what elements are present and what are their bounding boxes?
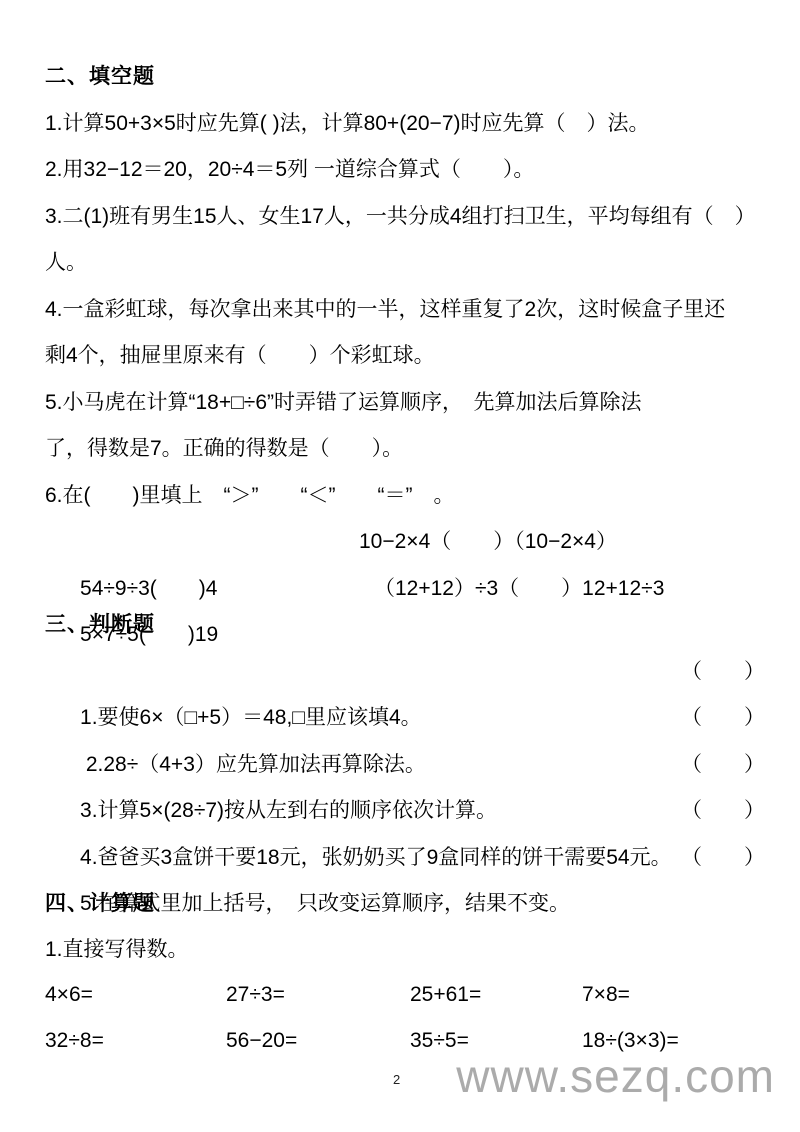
judge-question-5: 5.在算式里加上括号， 只改变运算顺序，结果不变。 （ ）: [45, 835, 790, 882]
calc-expression: 4×6=: [45, 972, 93, 1018]
fill-question-1: 1.计算50+3×5时应先算( )法，计算80+(20−7)时应先算（ ）法。: [45, 101, 790, 148]
compare-row: 54÷9÷3( )4 10−2×4（ ）（10−2×4）: [45, 519, 790, 566]
judge-question-1: 1.要使6×（□+5）＝48,□里应该填4。 （ ）: [45, 649, 790, 696]
fill-question-3-line1: 3.二(1)班有男生15人、女生17人，一共分成4组打扫卫生，平均每组有（ ）: [45, 194, 790, 241]
calc-row: 4×6= 27÷3= 25+61= 7×8=: [45, 972, 790, 1018]
calc-expression: 32÷8=: [45, 1018, 104, 1064]
calc-subtitle: 1.直接写得数。: [45, 927, 790, 973]
fill-question-4-line1: 4.一盒彩虹球，每次拿出来其中的一半，这样重复了2次，这时候盒子里还: [45, 287, 790, 334]
judge-answer-blank: （ ）: [681, 788, 765, 835]
judge-answer-blank: （ ）: [681, 835, 765, 882]
worksheet-page: 二、填空题 1.计算50+3×5时应先算( )法，计算80+(20−7)时应先算…: [0, 0, 800, 1132]
judge-question-4: 4.爸爸买3盒饼干要18元，张奶奶买了9盒同样的饼干需要54元。 （ ）: [45, 788, 790, 835]
true-false-section: 三、判断题 1.要使6×（□+5）＝48,□里应该填4。 （ ） 2.28÷（4…: [45, 602, 790, 881]
calc-section-title: 四、计算题: [45, 881, 790, 927]
calc-expression: 27÷3=: [226, 972, 285, 1018]
watermark-text: www.sezq.com: [456, 1049, 775, 1103]
judge-question-3: 3.计算5×(28÷7)按从左到右的顺序依次计算。 （ ）: [45, 742, 790, 789]
fill-section-title: 二、填空题: [45, 54, 790, 101]
calc-expression: 7×8=: [582, 972, 630, 1018]
calc-expression: 56−20=: [226, 1018, 297, 1064]
calc-expression: 25+61=: [410, 972, 481, 1018]
fill-question-5-line1: 5.小马虎在计算“18+□÷6”时弄错了运算顺序， 先算加法后算除法: [45, 380, 790, 427]
page-number: 2: [393, 1072, 400, 1087]
judge-answer-blank: （ ）: [681, 742, 765, 789]
fill-question-4-line2: 剩4个，抽屉里原来有（ ）个彩虹球。: [45, 333, 790, 380]
compare-right-expression: 10−2×4（ ）（10−2×4）: [359, 519, 617, 566]
judge-answer-blank: （ ）: [681, 649, 765, 696]
fill-question-3-line2: 人。: [45, 240, 790, 287]
calculation-section: 四、计算题 1.直接写得数。 4×6= 27÷3= 25+61= 7×8= 32…: [45, 881, 790, 1063]
judge-answer-blank: （ ）: [681, 695, 765, 742]
judge-question-2: 2.28÷（4+3）应先算加法再算除法。 （ ）: [45, 695, 790, 742]
fill-question-2: 2.用32−12＝20，20÷4＝5列 一道综合算式（ ）。: [45, 147, 790, 194]
fill-in-blank-section: 二、填空题 1.计算50+3×5时应先算( )法，计算80+(20−7)时应先算…: [45, 54, 790, 612]
judge-section-title: 三、判断题: [45, 602, 790, 649]
fill-question-6: 6.在( )里填上 “＞” “＜” “＝” 。: [45, 473, 790, 520]
fill-question-5-line2: 了，得数是7。正确的得数是（ ）。: [45, 426, 790, 473]
